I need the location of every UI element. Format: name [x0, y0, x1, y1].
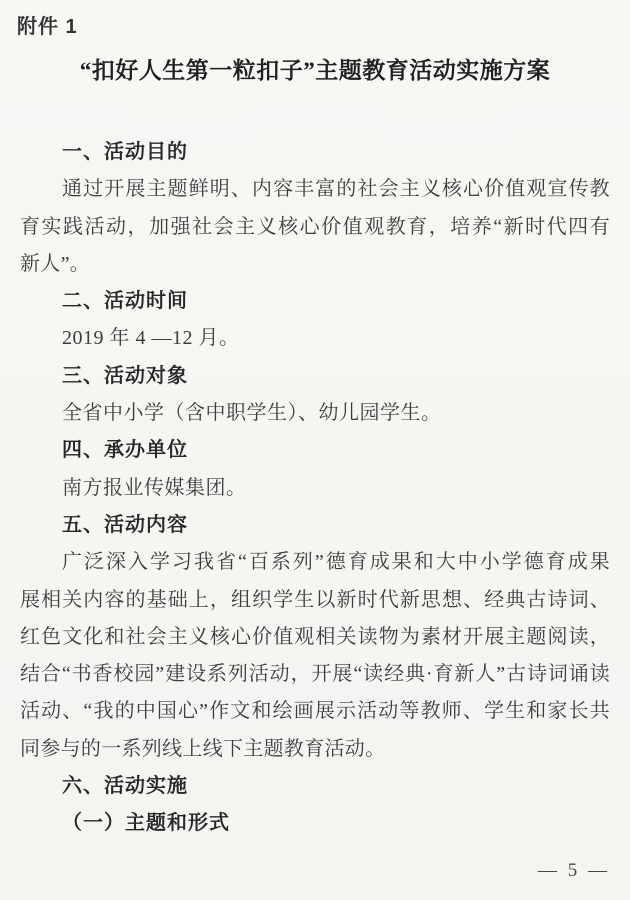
document-title: “扣好人生第一粒扣子”主题教育活动实施方案: [0, 52, 630, 85]
paragraph-line: 新人”。: [20, 246, 610, 283]
paragraph-line: 活动、“我的中国心”作文和绘画展示活动等教师、学生和家长共: [20, 693, 610, 730]
paragraph-line: 南方报业传媒集团。: [20, 470, 610, 507]
document-page: 附件 1 “扣好人生第一粒扣子”主题教育活动实施方案 一、活动目的 通过开展主题…: [0, 0, 630, 900]
paragraph-line: 结合“书香校园”建设系列活动，开展“读经典·育新人”古诗词诵读: [20, 656, 610, 693]
section-heading-3: 三、活动对象: [20, 358, 610, 395]
page-number: — 5 —: [538, 860, 610, 882]
subsection-heading: （一）主题和形式: [20, 805, 610, 842]
paragraph-line: 广泛深入学习我省“百系列”德育成果和大中小学德育成果: [20, 544, 610, 581]
section-heading-1: 一、活动目的: [20, 134, 610, 171]
section-heading-6: 六、活动实施: [20, 768, 610, 805]
paragraph-line: 育实践活动，加强社会主义核心价值观教育，培养“新时代四有: [20, 209, 610, 246]
paragraph-line: 2019 年 4 —12 月。: [20, 320, 610, 357]
section-heading-4: 四、承办单位: [20, 432, 610, 469]
section-heading-2: 二、活动时间: [20, 283, 610, 320]
paragraph-line: 展相关内容的基础上，组织学生以新时代新思想、经典古诗词、: [20, 582, 610, 619]
paragraph-line: 通过开展主题鲜明、内容丰富的社会主义核心价值观宣传教: [20, 171, 610, 208]
section-heading-5: 五、活动内容: [20, 507, 610, 544]
paragraph-line: 红色文化和社会主义核心价值观相关读物为素材开展主题阅读，: [20, 619, 610, 656]
paragraph-line: 同参与的一系列线上线下主题教育活动。: [20, 731, 610, 768]
attachment-label: 附件 1: [17, 10, 78, 39]
document-body: 一、活动目的 通过开展主题鲜明、内容丰富的社会主义核心价值观宣传教 育实践活动，…: [20, 134, 610, 843]
paragraph-line: 全省中小学（含中职学生）、幼儿园学生。: [20, 395, 610, 432]
